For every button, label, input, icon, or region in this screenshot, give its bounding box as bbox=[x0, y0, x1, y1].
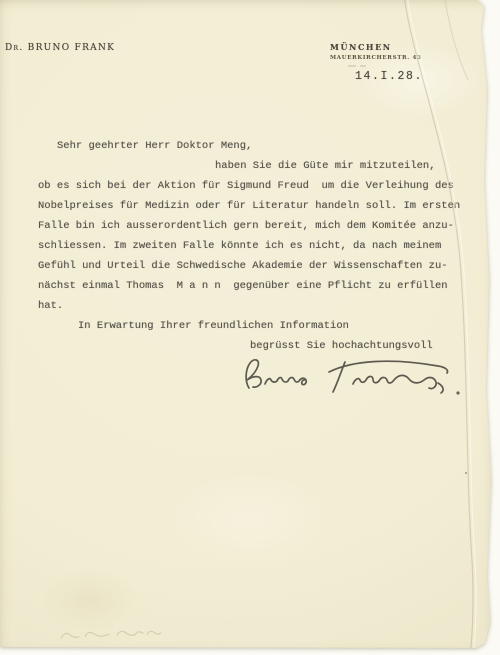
letterhead-street: MAUERKIRCHERSTR. 43 bbox=[330, 55, 422, 61]
body-line: nächst einmal Thomas M a n n gegenüber e… bbox=[38, 276, 474, 296]
body-line: Falle bin ich ausserordentlich gern bere… bbox=[38, 216, 474, 236]
body-line: ob es sich bei der Aktion für Sigmund Fr… bbox=[38, 176, 474, 196]
body-line: Gefühl und Urteil die Schwedische Akadem… bbox=[38, 256, 474, 276]
letterhead-sender-name: Dr. BRUNO FRANK bbox=[5, 43, 115, 53]
letterhead-city: MÜNCHEN bbox=[330, 42, 422, 52]
body-line: schliessen. Im zweiten Falle könnte ich … bbox=[38, 236, 474, 256]
letterhead-address-block: MÜNCHEN MAUERKIRCHERSTR. 43 bbox=[330, 42, 422, 61]
letter-paper: Dr. BRUNO FRANK MÜNCHEN MAUERKIRCHERSTR.… bbox=[0, 0, 500, 655]
letter-body: Sehr geehrter Herr Doktor Meng, haben Si… bbox=[38, 136, 474, 356]
letter-date: 14.I.28. bbox=[355, 70, 423, 83]
body-line: hat. bbox=[38, 296, 474, 316]
signature-handwriting bbox=[233, 350, 468, 402]
salutation-line: Sehr geehrter Herr Doktor Meng, bbox=[38, 136, 474, 156]
scanned-letter: Dr. BRUNO FRANK MÜNCHEN MAUERKIRCHERSTR.… bbox=[0, 0, 500, 655]
body-line: haben Sie die Güte mir mitzuteilen, bbox=[38, 156, 474, 176]
pencil-annotation bbox=[55, 622, 175, 648]
closing-line: In Erwartung Ihrer freundlichen Informat… bbox=[38, 316, 474, 336]
paper-wrap: Dr. BRUNO FRANK MÜNCHEN MAUERKIRCHERSTR.… bbox=[0, 0, 500, 655]
body-line: Nobelpreises für Medizin oder für Litera… bbox=[38, 196, 474, 216]
paper-speck bbox=[465, 472, 467, 474]
